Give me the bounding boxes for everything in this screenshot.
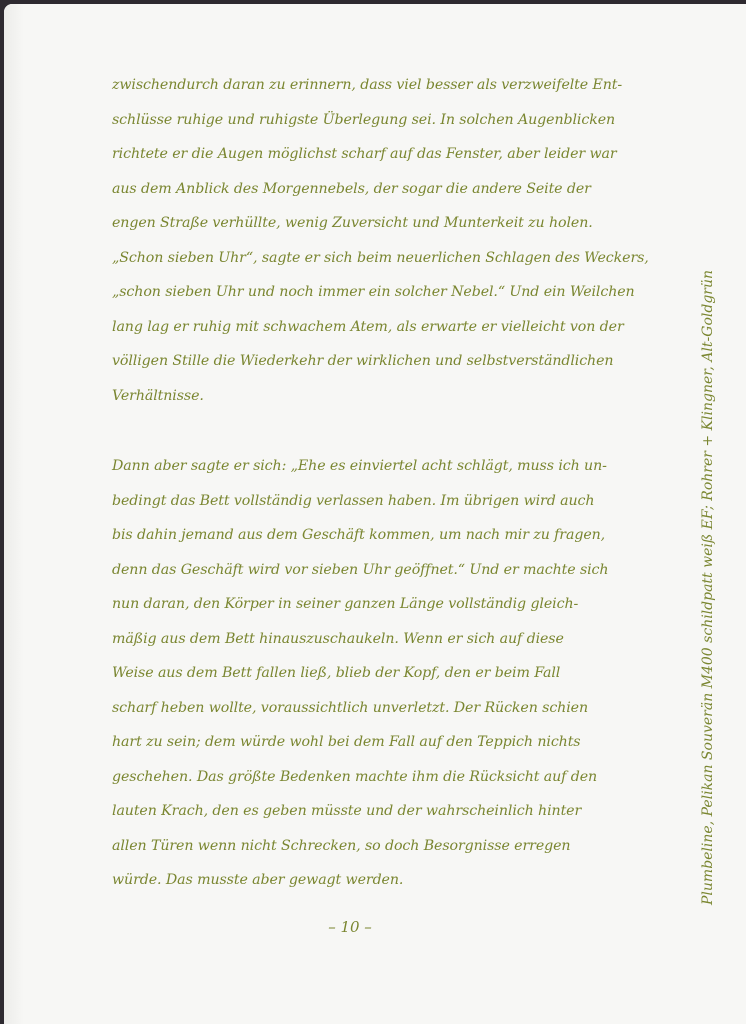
page-number: – 10 – — [320, 918, 380, 936]
text-line: hart zu sein; dem würde wohl bei dem Fal… — [112, 725, 672, 760]
text-line: bedingt das Bett vollständig verlassen h… — [112, 484, 672, 519]
text-line: Weise aus dem Bett fallen ließ, blieb de… — [112, 656, 672, 691]
text-line: aus dem Anblick des Morgennebels, der so… — [112, 172, 672, 207]
text-line: nun daran, den Körper in seiner ganzen L… — [112, 587, 672, 622]
text-line: „Schon sieben Uhr“, sagte er sich beim n… — [112, 241, 672, 276]
text-line: zwischendurch daran zu erinnern, dass vi… — [112, 68, 672, 103]
text-line: lauten Krach, den es geben müsste und de… — [112, 794, 672, 829]
text-line: würde. Das musste aber gewagt werden. — [112, 863, 672, 898]
text-line: richtete er die Augen möglichst scharf a… — [112, 137, 672, 172]
text-line: Verhältnisse. — [112, 379, 672, 414]
manuscript-body: zwischendurch daran zu erinnern, dass vi… — [112, 68, 672, 898]
text-line: völligen Stille die Wiederkehr der wirkl… — [112, 344, 672, 379]
text-line: denn das Geschäft wird vor sieben Uhr ge… — [112, 553, 672, 588]
text-line: mäßig aus dem Bett hinauszuschaukeln. We… — [112, 622, 672, 657]
paragraph-2: Dann aber sagte er sich: „Ehe es einvier… — [112, 449, 672, 898]
paragraph-spacer — [112, 413, 672, 449]
text-line: allen Türen wenn nicht Schrecken, so doc… — [112, 829, 672, 864]
text-line: bis dahin jemand aus dem Geschäft kommen… — [112, 518, 672, 553]
text-line: schlüsse ruhige und ruhigste Überlegung … — [112, 103, 672, 138]
text-line: engen Straße verhüllte, wenig Zuversicht… — [112, 206, 672, 241]
text-line: „schon sieben Uhr und noch immer ein sol… — [112, 275, 672, 310]
paragraph-1: zwischendurch daran zu erinnern, dass vi… — [112, 68, 672, 413]
margin-note-pen-and-ink: Plumbeline, Pelikan Souverän M400 schild… — [700, 145, 716, 905]
text-line: lang lag er ruhig mit schwachem Atem, al… — [112, 310, 672, 345]
text-line: Dann aber sagte er sich: „Ehe es einvier… — [112, 449, 672, 484]
scanned-page: zwischendurch daran zu erinnern, dass vi… — [0, 0, 746, 1024]
text-line: scharf heben wollte, voraussichtlich unv… — [112, 691, 672, 726]
text-line: geschehen. Das größte Bedenken machte ih… — [112, 760, 672, 795]
